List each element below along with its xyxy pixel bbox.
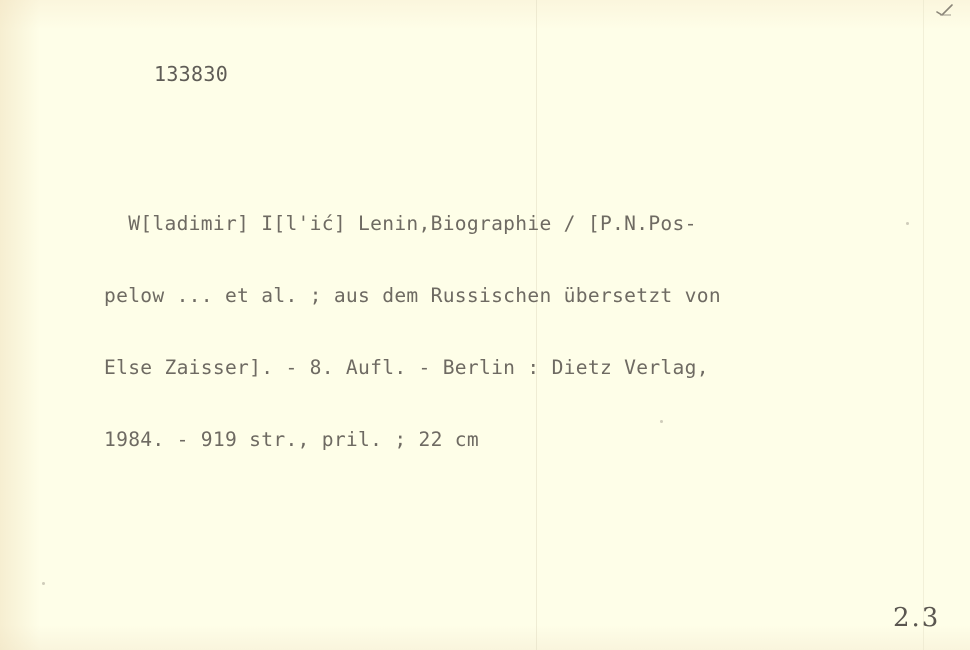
entry-line: 1984. - 919 str., pril. ; 22 cm (104, 428, 721, 452)
paper-speck (42, 582, 45, 585)
paper-speck (906, 222, 909, 225)
check-mark-icon (935, 3, 955, 17)
paper-speck (660, 420, 663, 423)
shelf-mark: 2.3 (893, 603, 940, 633)
card-crease (923, 0, 924, 650)
catalog-card: 133830 W[ladimir] I[l'ić] Lenin,Biograph… (0, 0, 970, 650)
entry-line: W[ladimir] I[l'ić] Lenin,Biographie / [P… (104, 212, 721, 236)
entry-line: pelow ... et al. ; aus dem Russischen üb… (104, 284, 721, 308)
bibliographic-entry: W[ladimir] I[l'ić] Lenin,Biographie / [P… (104, 164, 721, 500)
accession-number: 133830 (154, 62, 228, 86)
entry-line: Else Zaisser]. - 8. Aufl. - Berlin : Die… (104, 356, 721, 380)
